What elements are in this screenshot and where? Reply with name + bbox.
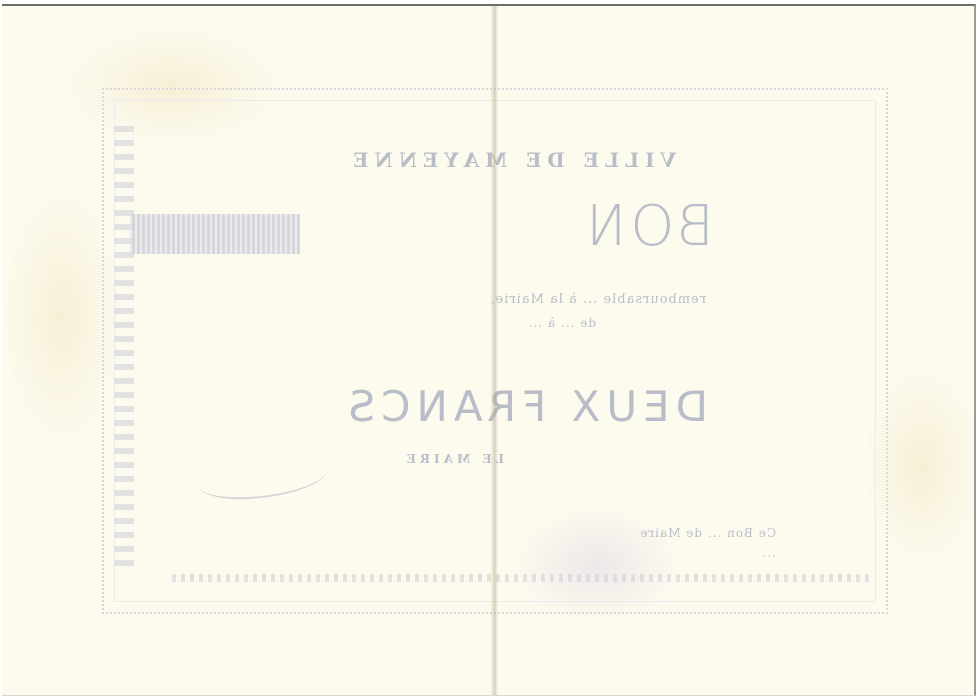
footer-text: Ce Bon ... de Maire bbox=[639, 526, 776, 540]
signatory-title: LE MAIRE bbox=[403, 452, 504, 466]
showthrough-layer: VILLE DE MAYENNE BON remboursable ... à … bbox=[2, 6, 976, 696]
city-title: VILLE DE MAYENNE bbox=[347, 148, 676, 172]
redemption-text: remboursable ... à la Mairie, bbox=[489, 292, 706, 307]
banknote-reverse: VILLE DE MAYENNE BON remboursable ... à … bbox=[2, 4, 976, 696]
redemption-hours: de ... à ... bbox=[528, 316, 596, 330]
denomination: DEUX FRANCS bbox=[342, 382, 708, 431]
fold-crease bbox=[490, 6, 498, 696]
bon-heading: BON bbox=[580, 194, 714, 259]
serial-number-block bbox=[130, 214, 300, 254]
footer-text-2: ... bbox=[762, 546, 776, 560]
